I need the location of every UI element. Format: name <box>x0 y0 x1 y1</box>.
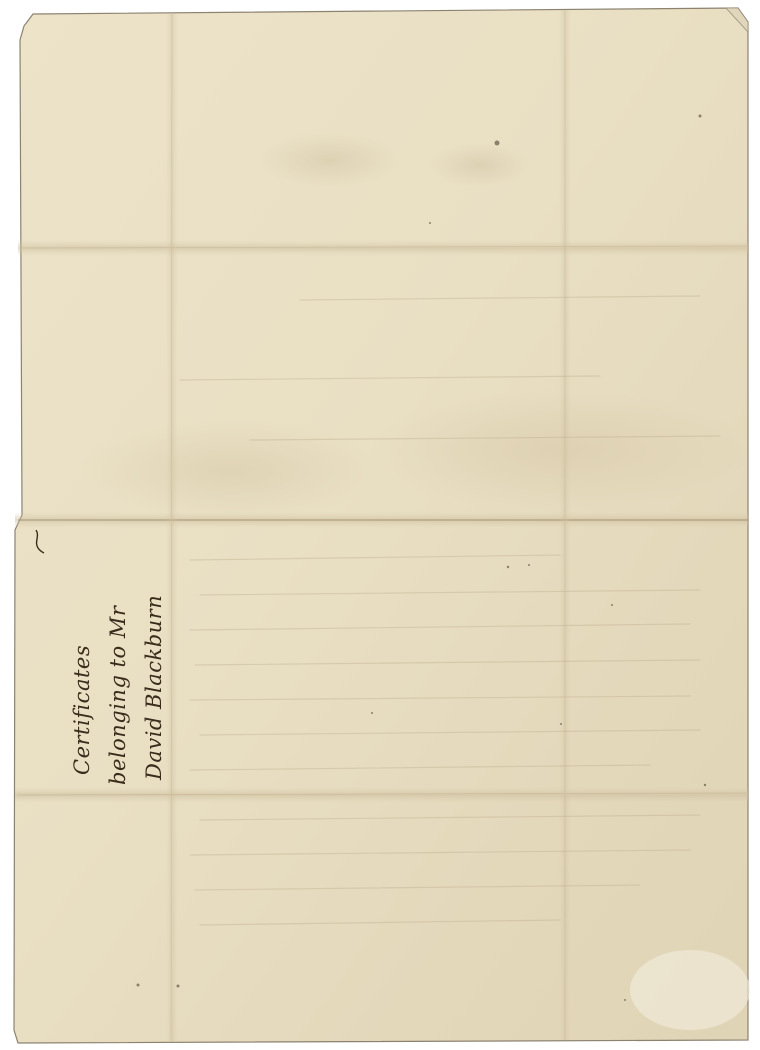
document-viewer: Certificates belonging to Mr David Black… <box>0 0 760 1050</box>
flourish-mark <box>32 530 46 554</box>
docket-line-2: belonging to Mr <box>106 606 130 785</box>
docket-annotation: Certificates belonging to Mr David Black… <box>32 530 172 790</box>
manuscript-page: Certificates belonging to Mr David Black… <box>0 0 760 1050</box>
docket-line-1: Certificates <box>70 645 94 775</box>
docket-line-3: David Blackburn <box>142 595 166 780</box>
paper-sheet <box>0 0 760 1050</box>
